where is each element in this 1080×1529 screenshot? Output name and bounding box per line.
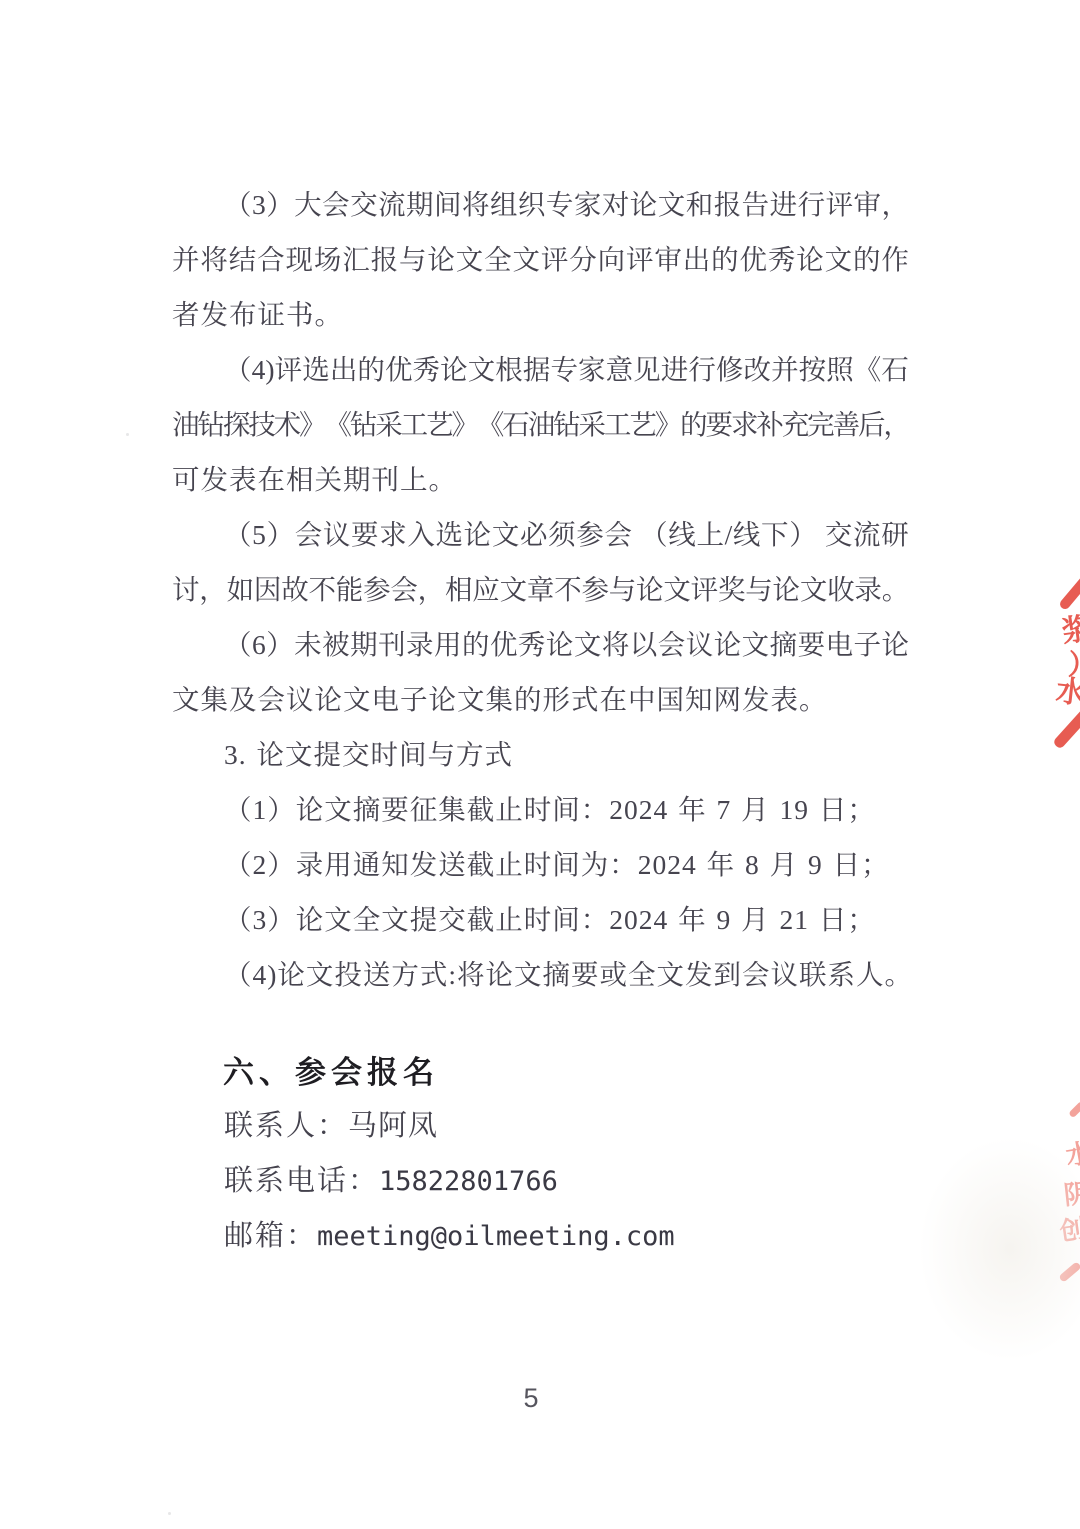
glyph: 合 [257, 232, 285, 287]
glyph: 文 [456, 232, 484, 287]
glyph: 根 [495, 342, 523, 397]
body-line: （6）未被期刊录用的优秀论文将以会议论文摘要电子论 [172, 617, 909, 672]
glyph: 。 [882, 562, 909, 617]
seal-glyph: 阴 [1063, 1179, 1080, 1212]
glyph: 与 [609, 562, 636, 617]
glyph: 技 [248, 397, 273, 452]
glyph: 会 [604, 507, 632, 562]
scan-speck [126, 433, 129, 436]
glyph: 奖 [718, 562, 745, 617]
glyph: 对 [602, 177, 630, 232]
glyph: 期 [350, 617, 378, 672]
glyph: 分 [569, 232, 597, 287]
glyph: 进 [661, 342, 689, 397]
red-seal-fragment-upper: 浆）水 [1040, 570, 1080, 760]
glyph: 油 [172, 397, 197, 452]
glyph: 流 [853, 507, 881, 562]
glyph: 探 [223, 397, 248, 452]
body-line: （1）论文摘要征集截止时间：2024 年 7 月 19 日； [172, 782, 909, 837]
glyph: 汇 [342, 232, 370, 287]
glyph: 讨 [172, 562, 199, 617]
glyph: 电 [826, 617, 854, 672]
seal-glyph: 水 [1064, 1138, 1080, 1172]
glyph: （ [224, 342, 252, 397]
glyph: 5 [252, 507, 266, 562]
glyph: 优 [490, 617, 518, 672]
glyph: 录 [854, 562, 881, 617]
glyph: 家 [574, 177, 602, 232]
glyph: 上 [696, 507, 724, 562]
glyph: 工 [401, 397, 426, 452]
glyph: 评 [541, 232, 569, 287]
glyph: 参 [363, 562, 390, 617]
glyph: ） [266, 177, 294, 232]
glyph: 进 [770, 177, 798, 232]
glyph: 后 [858, 397, 883, 452]
glyph: 艺 [629, 397, 654, 452]
glyph: 改 [743, 342, 771, 397]
glyph: ） [789, 507, 817, 562]
glyph: 刊 [378, 617, 406, 672]
glyph: 现 [286, 232, 314, 287]
glyph: 将 [200, 232, 228, 287]
document-page: （3）大会交流期间将组织专家对论文和报告进行评审，并将结合现场汇报与论文全文评分… [0, 0, 1080, 1529]
glyph: 照 [826, 342, 854, 397]
glyph: 下 [761, 507, 789, 562]
body-line: （4)论文投送方式:将论文摘要或全文发到会议联系人。 [172, 947, 909, 1002]
glyph: 评 [826, 177, 854, 232]
glyph: 会 [322, 177, 350, 232]
glyph: 组 [490, 177, 518, 232]
glyph: 论 [714, 617, 742, 672]
glyph: ， [883, 397, 908, 452]
glyph: 《 [854, 342, 882, 397]
glyph: 收 [827, 562, 854, 617]
body-line: 油钻探技术》《钻采工艺》《石油钻采工艺》的要求补充完善后， [172, 397, 909, 452]
glyph: 结 [229, 232, 257, 287]
contact-label: 联系人： [224, 1110, 348, 1142]
glyph: 家 [578, 342, 606, 397]
glyph: 审 [854, 177, 882, 232]
glyph: 的 [853, 232, 881, 287]
page-number: 5 [0, 1378, 1062, 1418]
glyph: 文 [742, 617, 770, 672]
glyph: 修 [716, 342, 744, 397]
glyph: 秀 [413, 342, 441, 397]
glyph: 报 [714, 177, 742, 232]
glyph: 用 [434, 617, 462, 672]
glyph: ， [418, 562, 445, 617]
glyph: 参 [576, 507, 604, 562]
contact-label: 邮箱： [224, 1220, 317, 1252]
glyph: 专 [550, 342, 578, 397]
glyph: 文 [825, 232, 853, 287]
glyph: 选 [436, 507, 464, 562]
glyph: 评 [626, 232, 654, 287]
scan-speck [168, 1512, 171, 1515]
glyph: 求 [731, 397, 756, 452]
glyph: 的 [680, 397, 705, 452]
glyph: 场 [314, 232, 342, 287]
glyph: / [725, 507, 733, 562]
glyph: 论 [464, 507, 492, 562]
glyph: 不 [554, 562, 581, 617]
body-line: 并将结合现场汇报与论文全文评分向评审出的优秀论文的作 [172, 232, 909, 287]
glyph: 术 [274, 397, 299, 452]
glyph: 钻 [197, 397, 222, 452]
glyph: （ [224, 617, 252, 672]
glyph: 文 [663, 562, 690, 617]
glyph: 的 [711, 232, 739, 287]
seal-glyph: 水 [1055, 677, 1080, 710]
seal-stroke [1068, 1101, 1080, 1119]
glyph: 间 [434, 177, 462, 232]
glyph: 《 [477, 397, 502, 452]
glyph: 优 [740, 232, 768, 287]
glyph: 应 [472, 562, 499, 617]
glyph: 工 [604, 397, 629, 452]
glyph: 《 [324, 397, 349, 452]
body-line: （5）会议要求入选论文必须参会 （线上/线下） 交流研 [172, 507, 909, 562]
body-line: （2）录用通知发送截止时间为：2024 年 8 月 9 日； [172, 837, 909, 892]
glyph: ， [882, 177, 910, 232]
contact-value: 15822801766 [379, 1166, 558, 1197]
glyph: 告 [742, 177, 770, 232]
glyph: 以 [630, 617, 658, 672]
glyph: 并 [172, 232, 200, 287]
glyph: （ [224, 177, 252, 232]
glyph: 要 [706, 397, 731, 452]
body-line: （3）论文全文提交截止时间：2024 年 9 月 21 日； [172, 892, 909, 947]
seal-stroke [1052, 705, 1080, 750]
glyph: 见 [633, 342, 661, 397]
glyph: 文 [492, 507, 520, 562]
body-line: 讨，如因故不能参会，相应文章不参与论文评奖与论文收录。 [172, 562, 909, 617]
glyph: 并 [771, 342, 799, 397]
glyph: 的 [357, 342, 385, 397]
glyph: 论 [796, 232, 824, 287]
glyph: 秀 [518, 617, 546, 672]
glyph: ） [266, 617, 294, 672]
contact-label: 联系电话： [224, 1165, 379, 1197]
body-line: （3）大会交流期间将组织专家对论文和报告进行评审， [172, 177, 909, 232]
glyph: 审 [654, 232, 682, 287]
body-line: 文集及会议论文电子论文集的形式在中国知网发表。 [172, 672, 909, 727]
glyph: 优 [385, 342, 413, 397]
glyph: 织 [518, 177, 546, 232]
glyph: 据 [523, 342, 551, 397]
glyph: 文 [513, 232, 541, 287]
glyph: 会 [295, 507, 323, 562]
glyph: 》 [451, 397, 476, 452]
glyph: 出 [330, 342, 358, 397]
glyph: 流 [378, 177, 406, 232]
glyph: 》 [299, 397, 324, 452]
glyph: 相 [445, 562, 472, 617]
glyph: 向 [598, 232, 626, 287]
glyph: 线 [668, 507, 696, 562]
glyph: 全 [484, 232, 512, 287]
glyph: （ [224, 507, 252, 562]
section-heading: 六、参会报名 [172, 1050, 823, 1096]
glyph: 章 [527, 562, 554, 617]
contact-row: 邮箱：meeting@oilmeeting.com [172, 1209, 909, 1264]
glyph: 完 [807, 397, 832, 452]
glyph: 议 [686, 617, 714, 672]
glyph: 必 [520, 507, 548, 562]
glyph: 论 [636, 562, 663, 617]
glyph: 会 [658, 617, 686, 672]
glyph: 石 [881, 342, 909, 397]
glyph: 论 [773, 562, 800, 617]
seal-glyph: ） [1067, 651, 1080, 683]
glyph: 参 [581, 562, 608, 617]
glyph [633, 507, 640, 562]
glyph: 论 [882, 617, 910, 672]
glyph: 补 [756, 397, 781, 452]
glyph: 因 [254, 562, 281, 617]
glyph: 6 [252, 617, 266, 672]
glyph: 油 [528, 397, 553, 452]
glyph: 论 [427, 232, 455, 287]
glyph: 线 [733, 507, 761, 562]
contact-value: meeting@oilmeeting.com [317, 1221, 675, 1252]
contact-value: 马阿凤 [348, 1110, 438, 1142]
glyph: 选 [302, 342, 330, 397]
glyph: 交 [350, 177, 378, 232]
seal-glyph: 创 [1058, 1214, 1080, 1247]
glyph: 专 [546, 177, 574, 232]
glyph: 出 [683, 232, 711, 287]
contact-row: 联系电话：15822801766 [172, 1154, 909, 1209]
glyph: 钻 [553, 397, 578, 452]
glyph: 报 [371, 232, 399, 287]
glyph: 期 [406, 177, 434, 232]
glyph: 被 [322, 617, 350, 672]
glyph: ) [265, 342, 274, 397]
glyph: 子 [854, 617, 882, 672]
glyph: 研 [881, 507, 909, 562]
glyph: 意 [606, 342, 634, 397]
body-line: 3. 论文提交时间与方式 [172, 727, 909, 782]
glyph: 采 [375, 397, 400, 452]
glyph: 故 [281, 562, 308, 617]
glyph: 采 [579, 397, 604, 452]
glyph: 能 [336, 562, 363, 617]
glyph: 不 [308, 562, 335, 617]
contact-info: 联系人：马阿凤联系电话：15822801766邮箱：meeting@oilmee… [172, 1099, 909, 1264]
glyph: 艺 [426, 397, 451, 452]
glyph: 4 [252, 342, 266, 397]
glyph: 石 [502, 397, 527, 452]
glyph: 文 [468, 342, 496, 397]
glyph: 如 [227, 562, 254, 617]
glyph: 论 [630, 177, 658, 232]
glyph: 须 [548, 507, 576, 562]
glyph: 作 [881, 232, 909, 287]
body-line: （4)评选出的优秀论文根据专家意见进行修改并按照《石 [172, 342, 909, 397]
glyph: 会 [390, 562, 417, 617]
glyph: 摘 [770, 617, 798, 672]
glyph: 按 [799, 342, 827, 397]
seal-stroke [1058, 1261, 1080, 1283]
glyph: 充 [782, 397, 807, 452]
glyph: ， [199, 562, 226, 617]
glyph: 要 [798, 617, 826, 672]
seal-stroke [1058, 571, 1080, 611]
glyph [817, 507, 824, 562]
glyph: 将 [462, 177, 490, 232]
glyph: 将 [602, 617, 630, 672]
glyph: （ [640, 507, 668, 562]
glyph: 与 [745, 562, 772, 617]
glyph: 钻 [350, 397, 375, 452]
glyph: 论 [546, 617, 574, 672]
glyph: 善 [833, 397, 858, 452]
glyph: 未 [294, 617, 322, 672]
glyph: 与 [399, 232, 427, 287]
glyph: 交 [825, 507, 853, 562]
glyph: 》 [655, 397, 680, 452]
glyph: 秀 [768, 232, 796, 287]
glyph: 议 [323, 507, 351, 562]
body-line: 可发表在相关期刊上。 [172, 452, 909, 507]
glyph: 入 [407, 507, 435, 562]
glyph: 文 [574, 617, 602, 672]
glyph: 行 [798, 177, 826, 232]
glyph: 论 [440, 342, 468, 397]
glyph: 录 [406, 617, 434, 672]
glyph: 行 [688, 342, 716, 397]
glyph: 要 [351, 507, 379, 562]
glyph: 大 [294, 177, 322, 232]
glyph: 评 [691, 562, 718, 617]
glyph: 的 [462, 617, 490, 672]
glyph: ） [267, 507, 295, 562]
glyph: 和 [686, 177, 714, 232]
seal-glyph: 浆 [1060, 614, 1080, 648]
glyph: 文 [658, 177, 686, 232]
glyph: 3 [252, 177, 266, 232]
glyph: 文 [800, 562, 827, 617]
glyph: 求 [379, 507, 407, 562]
glyph: 评 [275, 342, 303, 397]
red-seal-fragment-lower: 水阴创 [1046, 1096, 1080, 1306]
body-line: 者发布证书。 [172, 287, 909, 342]
glyph: 文 [500, 562, 527, 617]
contact-row: 联系人：马阿凤 [172, 1099, 909, 1154]
body-text: （3）大会交流期间将组织专家对论文和报告进行评审，并将结合现场汇报与论文全文评分… [172, 177, 909, 1002]
